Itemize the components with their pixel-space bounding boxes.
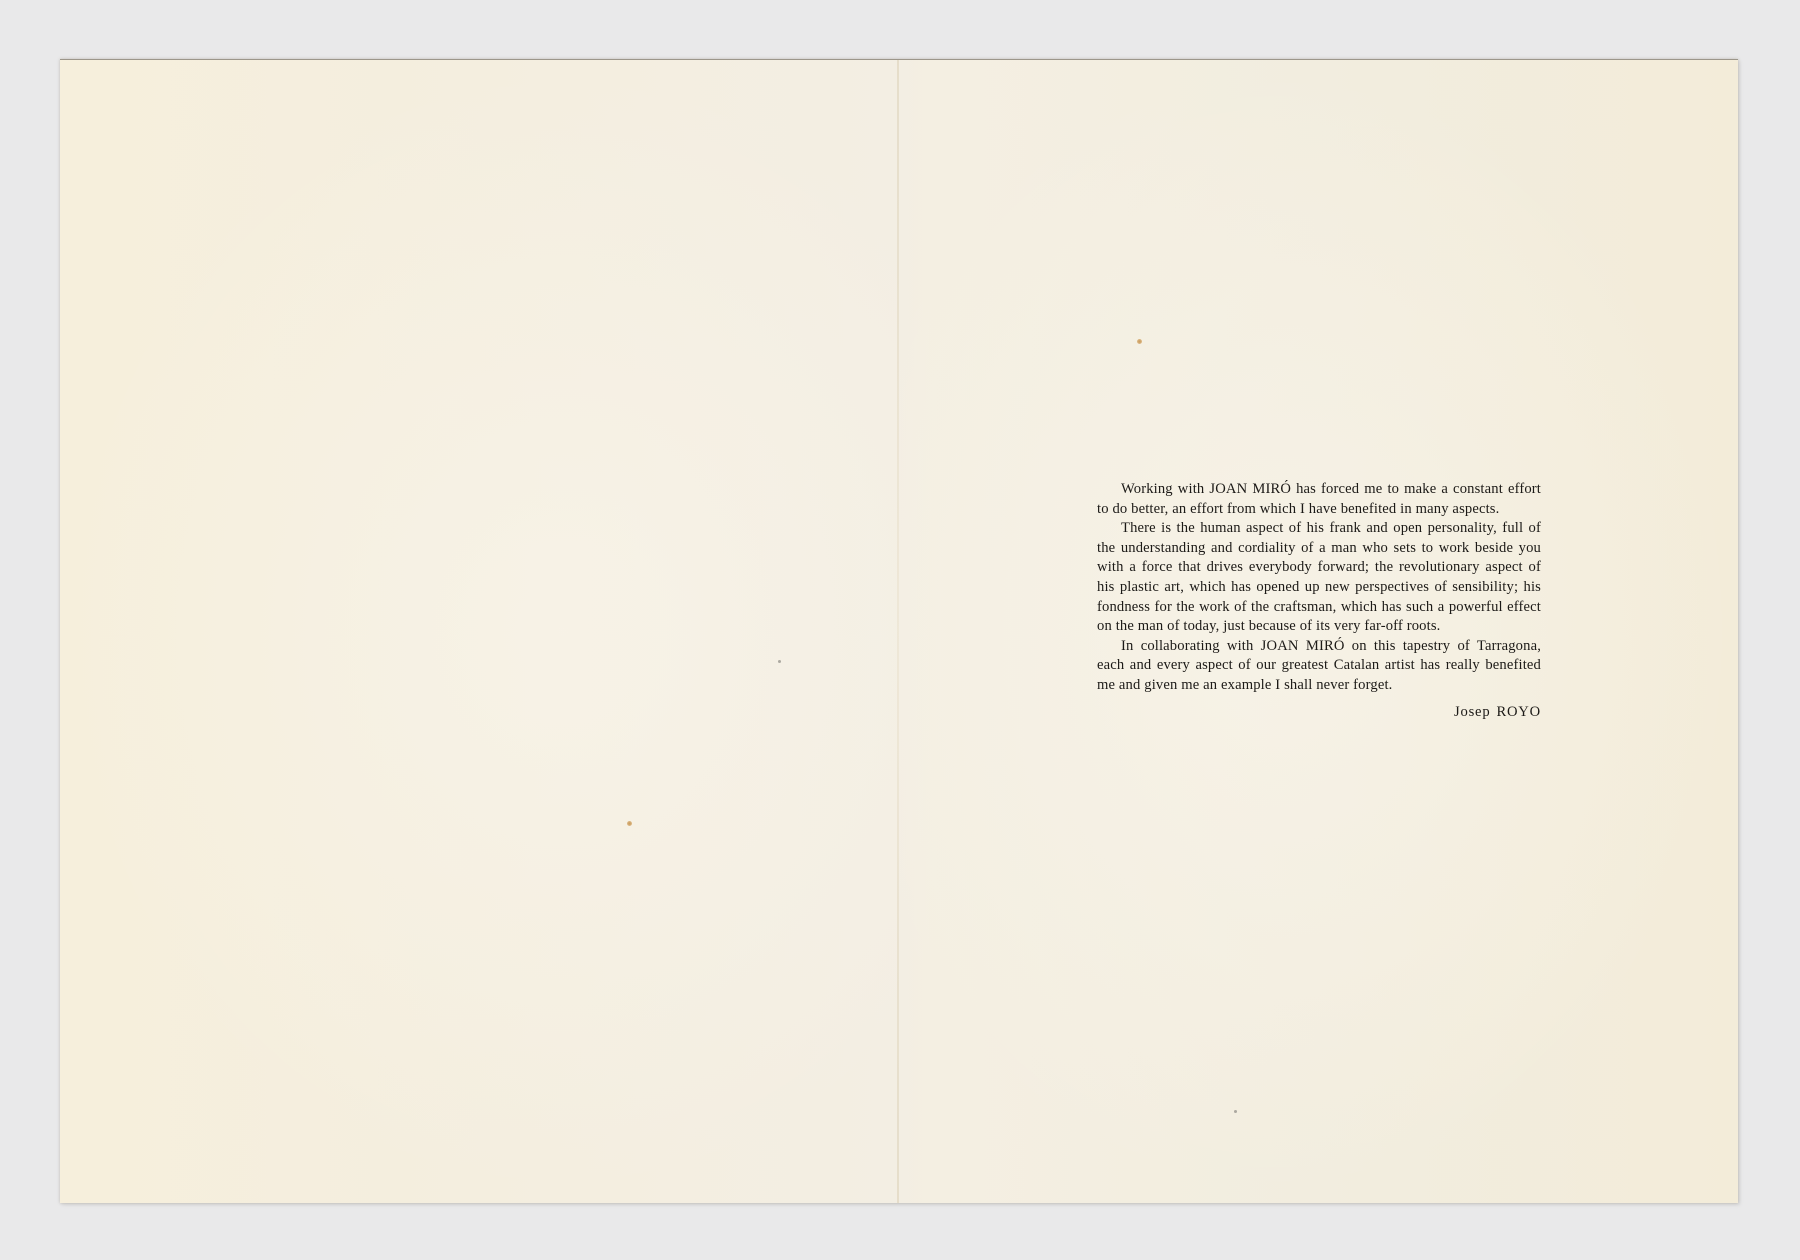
paper-speck [778, 660, 781, 663]
statement-text: Working with JOAN MIRÓ has forced me to … [1097, 480, 1541, 722]
paper-speck [1234, 1110, 1237, 1113]
paragraph-2: There is the human aspect of his frank a… [1097, 519, 1541, 637]
signature-last-name: ROYO [1496, 704, 1541, 720]
paragraph-3: In collaborating with JOAN MIRÓ on this … [1097, 637, 1541, 696]
signature-first-name: Josep [1454, 704, 1490, 720]
foxing-spot [1137, 339, 1142, 344]
paragraph-1: Working with JOAN MIRÓ has forced me to … [1097, 480, 1541, 519]
signature: JosepROYO [1097, 703, 1541, 723]
left-page [60, 60, 897, 1203]
foxing-spot [627, 821, 632, 826]
